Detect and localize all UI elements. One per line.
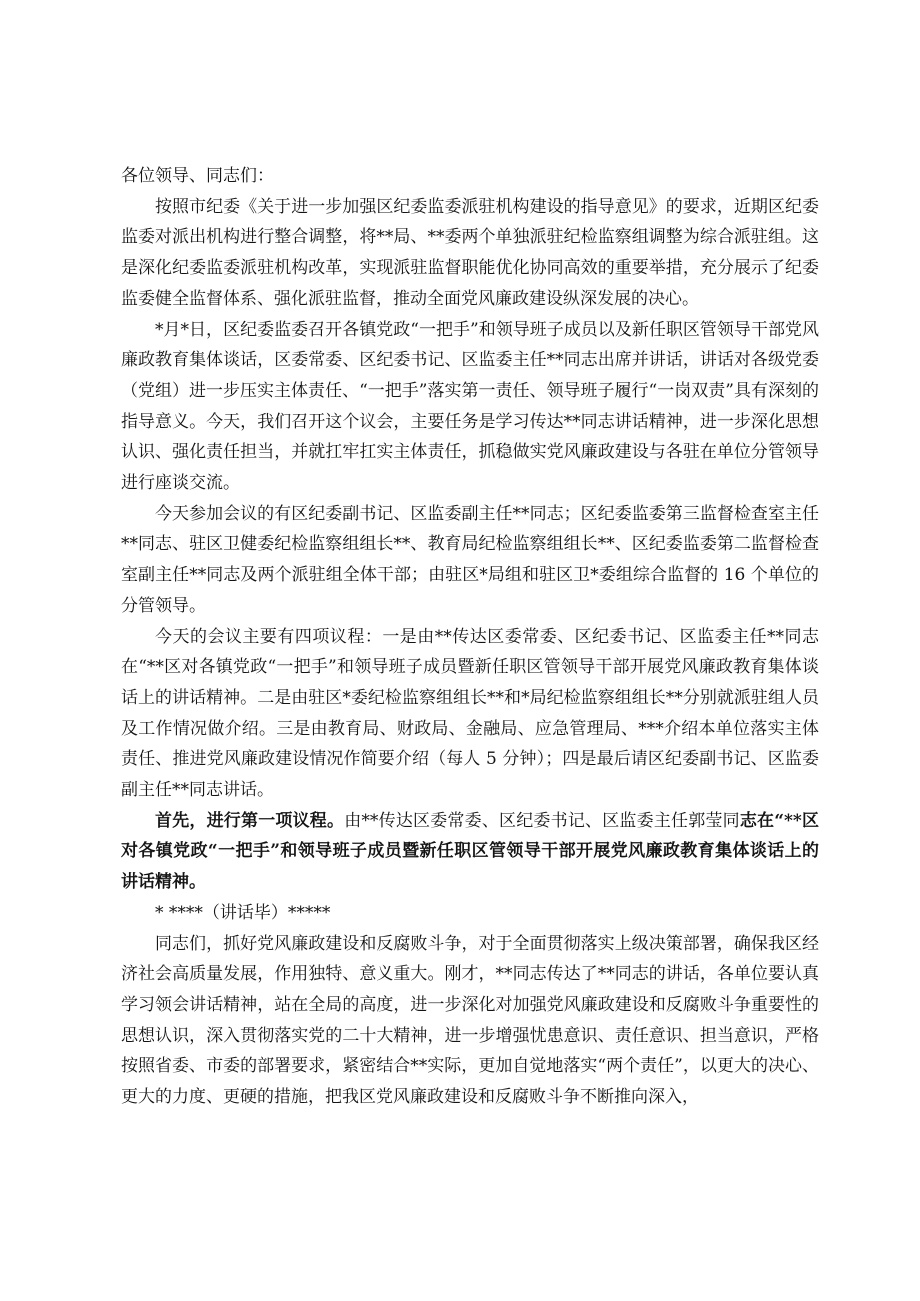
paragraph-intro: 按照市纪委《关于进一步加强区纪委监委派驻机构建设的指导意见》的要求，近期区纪委监… [121,192,819,315]
text-run: 各位领导、同志们： [121,166,274,186]
paragraph-closing-remarks: 同志们，抓好党风廉政建设和反腐败斗争，对于全面贯彻落实上级决策部署，确保我区经济… [121,929,819,1113]
text-run: *月*日，区纪委监委召开各镇党政“一把手”和领导班子成员以及新任职区管领导干部党… [121,320,819,494]
document-page: 各位领导、同志们： 按照市纪委《关于进一步加强区纪委监委派驻机构建设的指导意见》… [0,0,920,1301]
text-run: 今天参加会议的有区纪委副书记、区监委副主任**同志；区纪委监委第三监督检查室主任… [121,504,819,616]
paragraph-first-agenda-item: 首先，进行第一项议程。由**传达区委常委、区纪委书记、区监委主任郭莹同志在“**… [121,806,819,898]
paragraph-attendees: 今天参加会议的有区纪委副书记、区监委副主任**同志；区纪委监委第三监督检查室主任… [121,499,819,622]
paragraph-agenda: 今天的会议主要有四项议程：一是由**传达区委常委、区纪委书记、区监委主任**同志… [121,622,819,806]
salutation: 各位领导、同志们： [121,161,819,192]
text-run: 今天的会议主要有四项议程：一是由**传达区委常委、区纪委书记、区监委主任**同志… [121,627,819,801]
text-run: 同志们，抓好党风廉政建设和反腐败斗争，对于全面贯彻落实上级决策部署，确保我区经济… [121,934,819,1108]
bold-lead-run: 首先，进行第一项议程。 [155,811,344,831]
speech-placeholder: * ****（讲话毕）***** [121,898,819,929]
regular-middle-run: 由**传达区委常委、区纪委书记、区监委主任郭莹同 [344,811,740,831]
document-text-block: 各位领导、同志们： 按照市纪委《关于进一步加强区纪委监委派驻机构建设的指导意见》… [121,161,819,1113]
text-run: 按照市纪委《关于进一步加强区纪委监委派驻机构建设的指导意见》的要求，近期区纪委监… [121,197,819,309]
paragraph-meeting-recap: *月*日，区纪委监委召开各镇党政“一把手”和领导班子成员以及新任职区管领导干部党… [121,315,819,499]
text-run: * ****（讲话毕）***** [155,903,330,923]
